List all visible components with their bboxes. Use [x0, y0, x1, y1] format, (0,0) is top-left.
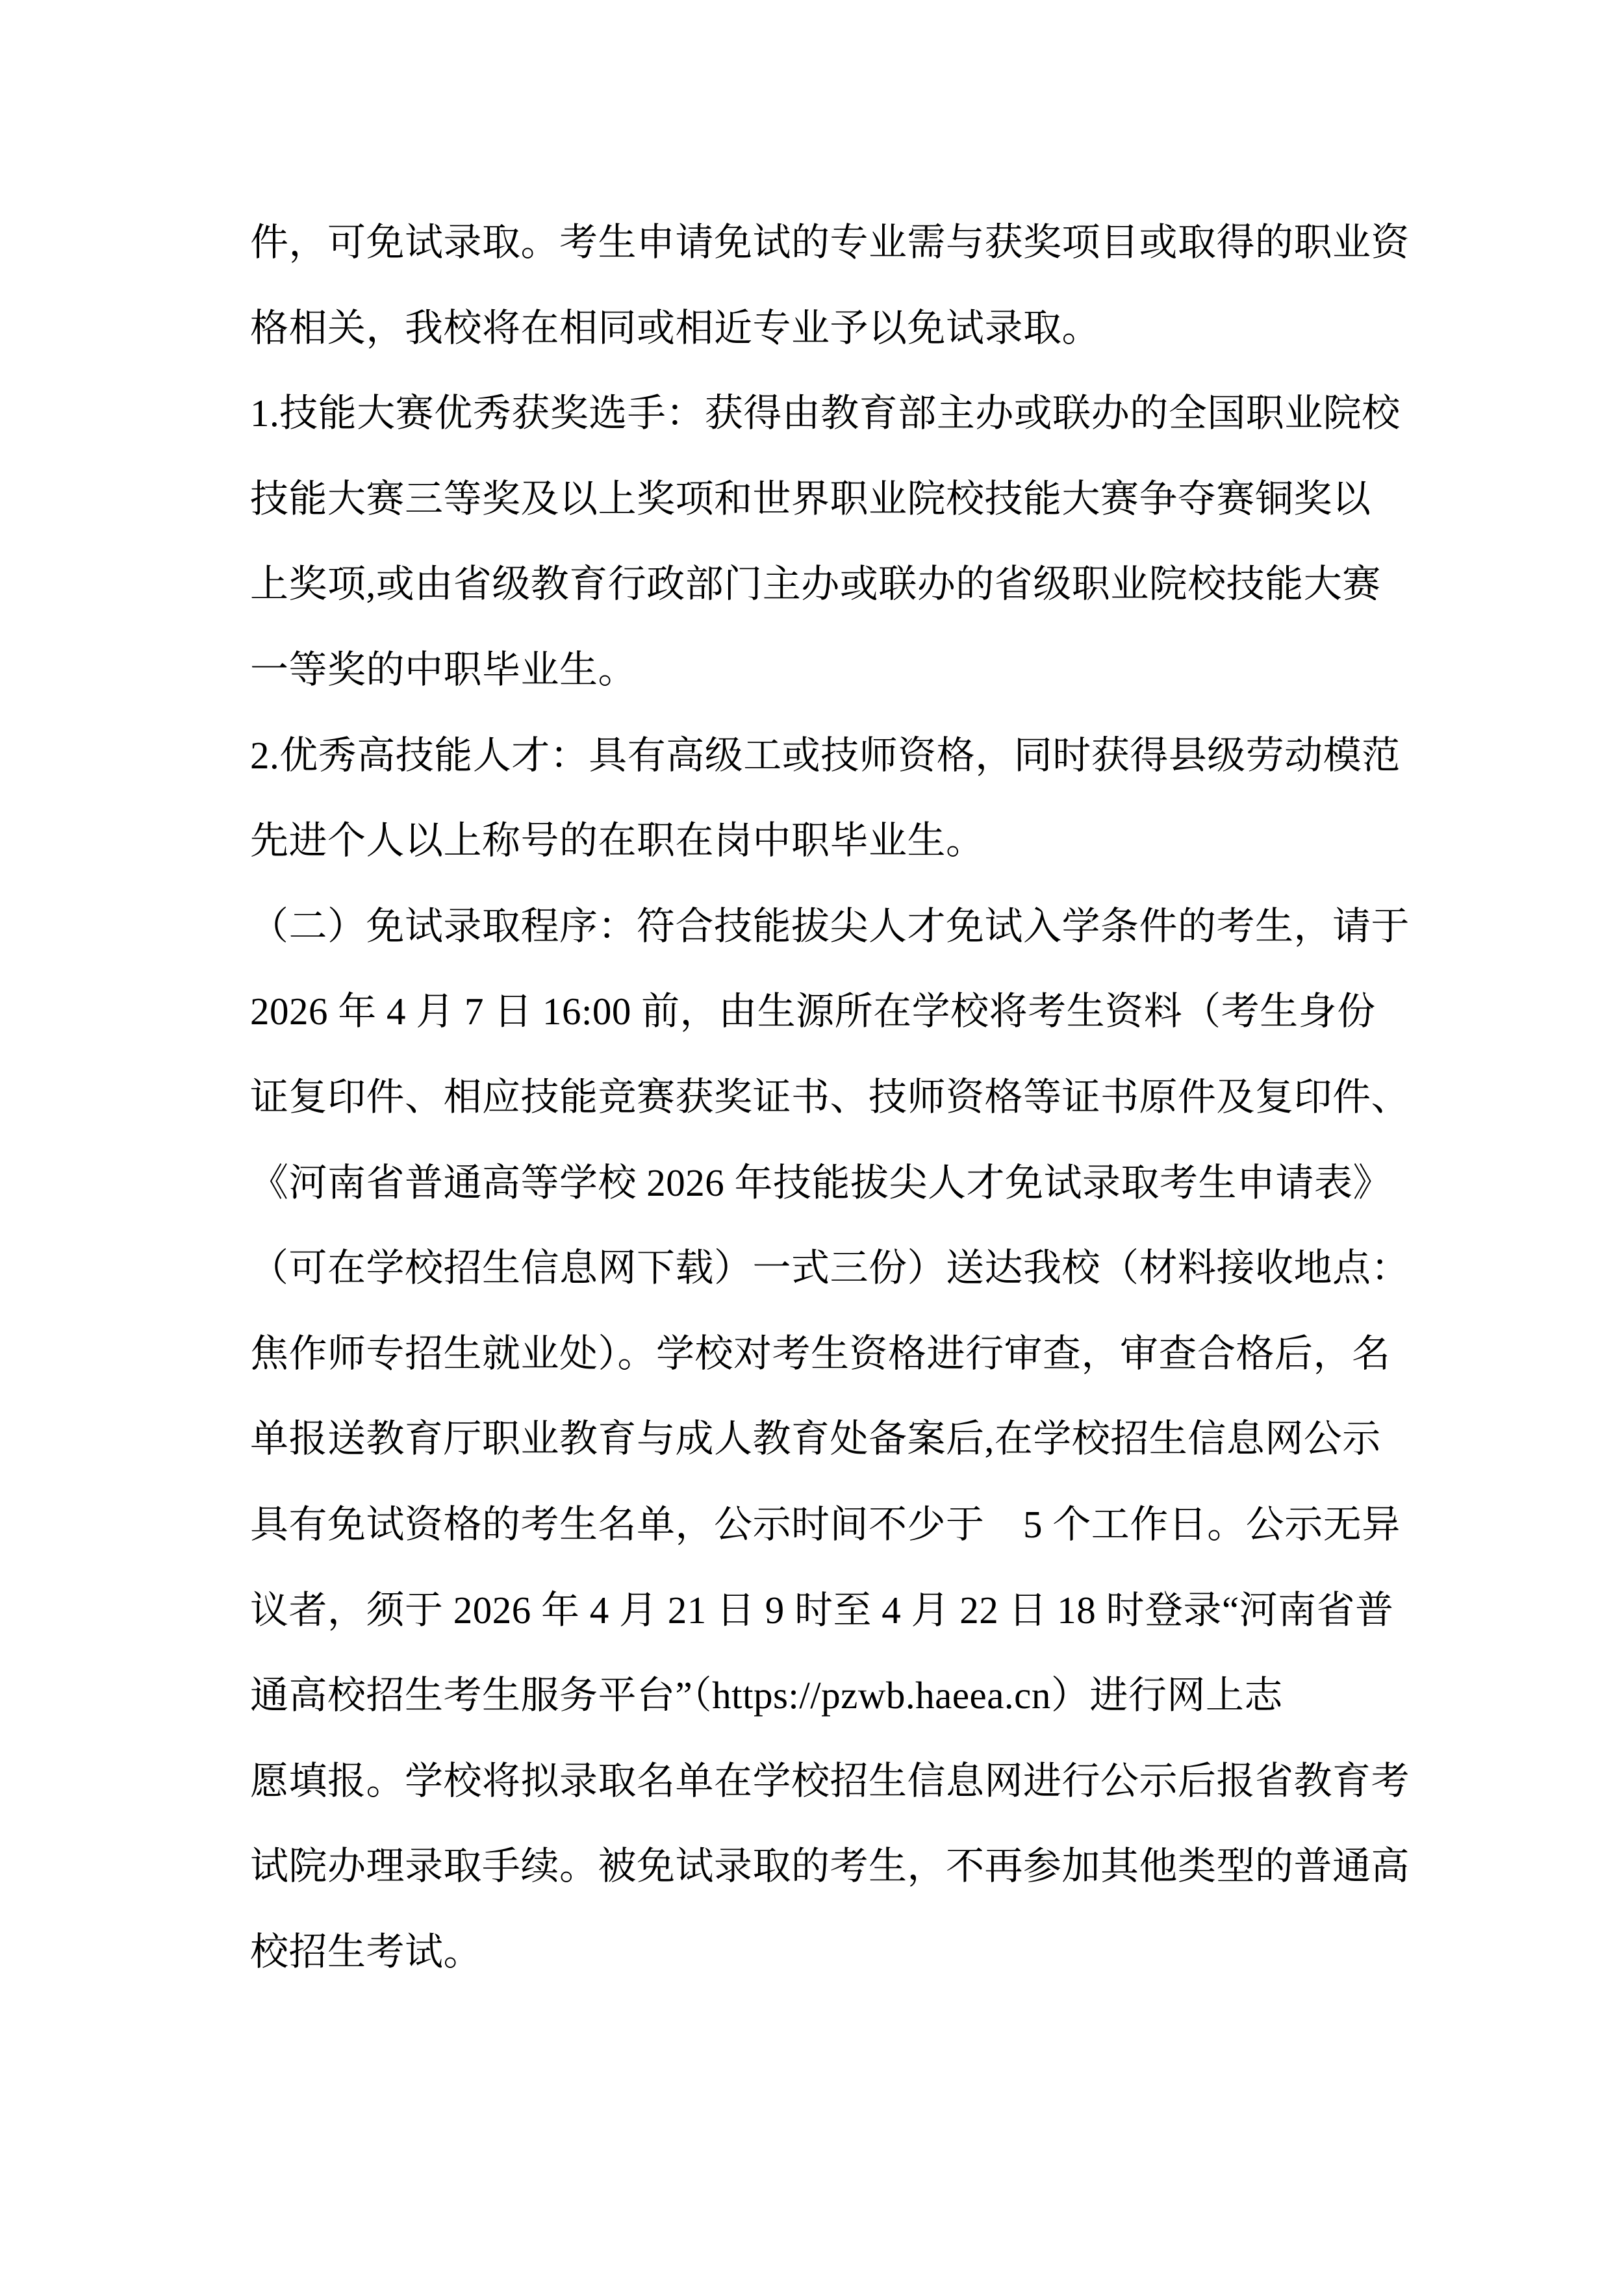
document-line: （二）免试录取程序：符合技能拔尖人才免试入学条件的考生，请于 [250, 884, 1419, 970]
document-line: 上奖项,或由省级教育行政部门主办或联办的省级职业院校技能大赛 [250, 542, 1419, 627]
document-line: 一等奖的中职毕业生。 [250, 627, 1419, 713]
document-line: 具有免试资格的考生名单，公示时间不少于 5 个工作日。公示无异 [250, 1482, 1419, 1568]
document-line: 格相关，我校将在相同或相近专业予以免试录取。 [250, 286, 1419, 372]
document-line: 技能大赛三等奖及以上奖项和世界职业院校技能大赛争夺赛铜奖以 [250, 457, 1419, 542]
document-line: 1.技能大赛优秀获奖选手：获得由教育部主办或联办的全国职业院校 [250, 371, 1419, 457]
document-line: 单报送教育厅职业教育与成人教育处备案后,在学校招生信息网公示 [250, 1396, 1419, 1482]
document-line: 2026 年 4 月 7 日 16:00 前，由生源所在学校将考生资料（考生身份 [250, 969, 1419, 1055]
document-line: 2.优秀高技能人才：具有高级工或技师资格，同时获得县级劳动模范 [250, 713, 1419, 799]
document-line: 先进个人以上称号的在职在岗中职毕业生。 [250, 798, 1419, 884]
document-text-block: 件，可免试录取。考生申请免试的专业需与获奖项目或取得的职业资 格相关，我校将在相… [250, 200, 1419, 1995]
document-line: 焦作师专招生就业处）。学校对考生资格进行审查，审查合格后，名 [250, 1311, 1419, 1397]
document-line: 愿填报。学校将拟录取名单在学校招生信息网进行公示后报省教育考 [250, 1739, 1419, 1824]
document-line: 议者，须于 2026 年 4 月 21 日 9 时至 4 月 22 日 18 时… [250, 1568, 1419, 1654]
document-page: 件，可免试录取。考生申请免试的专业需与获奖项目或取得的职业资 格相关，我校将在相… [0, 0, 1624, 2296]
document-line: 《河南省普通高等学校 2026 年技能拔尖人才免试录取考生申请表》 [250, 1141, 1419, 1226]
document-line: 试院办理录取手续。被免试录取的考生，不再参加其他类型的普通高 [250, 1824, 1419, 1910]
document-line: 证复印件、相应技能竞赛获奖证书、技师资格等证书原件及复印件、 [250, 1055, 1419, 1141]
document-line: 件，可免试录取。考生申请免试的专业需与获奖项目或取得的职业资 [250, 200, 1419, 286]
document-line: 通高校招生考生服务平台”（https://pzwb.haeea.cn）进行网上志 [250, 1653, 1419, 1739]
document-line: （可在学校招生信息网下载）一式三份）送达我校（材料接收地点： [250, 1226, 1419, 1311]
document-line: 校招生考试。 [250, 1910, 1419, 1995]
